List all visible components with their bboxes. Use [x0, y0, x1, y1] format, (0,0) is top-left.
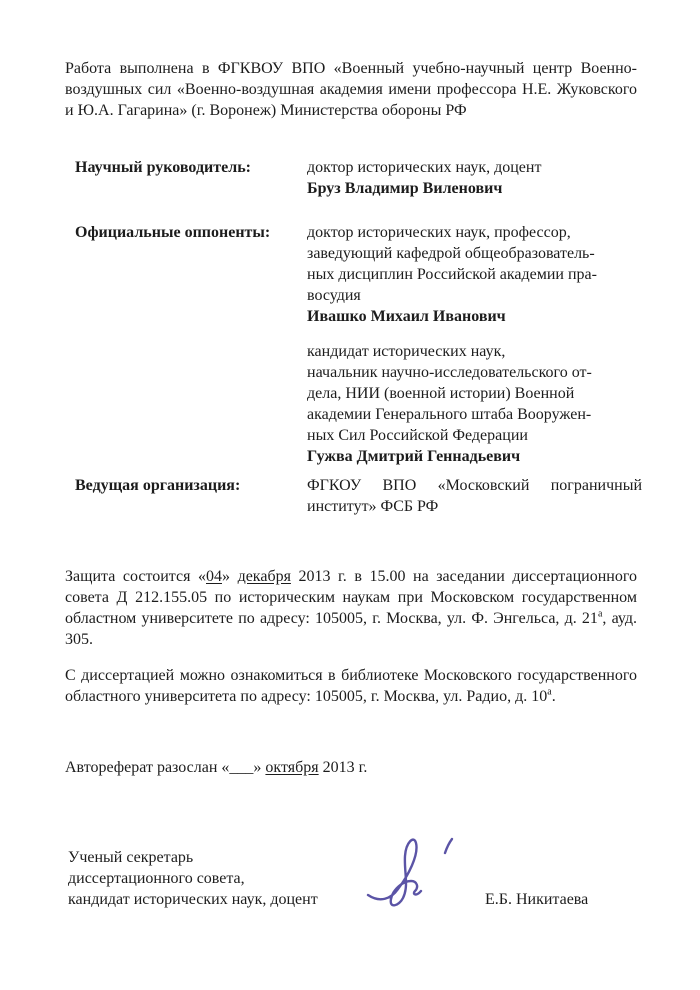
- leading-organization-row: Ведущая организация: ФГКОУ ВПО «Московск…: [75, 475, 637, 517]
- supervisor-row: Научный руководитель: доктор исторически…: [75, 157, 637, 199]
- library-paragraph: С диссертацией можно ознакомиться в библ…: [65, 665, 637, 707]
- sent-text: 2013 г.: [319, 759, 368, 776]
- opponent1-line: ных дисциплин Российской академии пра-: [307, 264, 642, 285]
- defense-text: Защита состоится «: [65, 568, 206, 585]
- leading-organization-line: институт» ФСБ РФ: [307, 496, 642, 517]
- leading-organization-value: ФГКОУ ВПО «Московский пограничный инстит…: [307, 475, 642, 517]
- opponent2-line: ных Сил Российской Федерации: [307, 425, 642, 446]
- sent-text: Автореферат разослан «: [65, 759, 229, 776]
- signature-icon: [358, 829, 468, 921]
- opponent2-line: дела, НИИ (военной истории) Военной: [307, 383, 642, 404]
- sent-text: »: [253, 759, 265, 776]
- supervisor-label: Научный руководитель:: [75, 157, 307, 199]
- supervisor-name: Бруз Владимир Виленович: [307, 178, 642, 199]
- opponent2-name: Гужва Дмитрий Геннадьевич: [307, 446, 642, 467]
- opponent1-line: заведующий кафедрой общеобразователь-: [307, 243, 642, 264]
- signature-stroke: [445, 839, 452, 853]
- secretary-title: Ученый секретарь диссертационного совета…: [68, 847, 318, 910]
- signature-block: Ученый секретарь диссертационного совета…: [65, 847, 637, 937]
- secretary-title-line: диссертационного совета,: [68, 868, 318, 889]
- opponent1-line: доктор исторических наук, профессор,: [307, 222, 642, 243]
- secretary-title-line: кандидат исторических наук, доцент: [68, 889, 318, 910]
- opponent2-line: академии Генерального штаба Вооружен-: [307, 404, 642, 425]
- leading-organization-label: Ведущая организация:: [75, 475, 307, 517]
- signature-stroke: [368, 840, 421, 906]
- sent-blank: ___: [229, 759, 253, 776]
- defense-text: »: [222, 568, 238, 585]
- dissertation-abstract-page: Работа выполнена в ФГКВОУ ВПО «Военный у…: [0, 0, 700, 990]
- opponents-label: Официальные оппоненты:: [75, 222, 307, 467]
- abstract-sent-line: Автореферат разослан «___» октября 2013 …: [65, 757, 637, 778]
- opponent1-line: восудия: [307, 285, 642, 306]
- defense-paragraph: Защита состоится «04» декабря 2013 г. в …: [65, 566, 637, 650]
- defense-month: декабря: [238, 568, 291, 585]
- secretary-title-line: Ученый секретарь: [68, 847, 318, 868]
- supervisor-degree: доктор исторических наук, доцент: [307, 157, 642, 178]
- sent-month: октября: [265, 759, 318, 776]
- leading-organization-line: ФГКОУ ВПО «Московский пограничный: [307, 475, 642, 496]
- supervisor-value: доктор исторических наук, доцент Бруз Вл…: [307, 157, 642, 199]
- secretary-name: Е.Б. Никитаева: [485, 889, 588, 910]
- work-performed-paragraph: Работа выполнена в ФГКВОУ ВПО «Военный у…: [65, 58, 637, 121]
- opponent2-line: кандидат исторических наук,: [307, 341, 642, 362]
- defense-day: 04: [206, 568, 222, 585]
- opponent2-line: начальник научно-исследовательского от-: [307, 362, 642, 383]
- opponents-row: Официальные оппоненты: доктор историческ…: [75, 222, 637, 467]
- opponent1-name: Ивашко Михаил Иванович: [307, 306, 642, 327]
- opponent2-block: кандидат исторических наук, начальник на…: [307, 341, 642, 467]
- opponents-value: доктор исторических наук, профессор, зав…: [307, 222, 642, 467]
- library-text: .: [552, 688, 556, 705]
